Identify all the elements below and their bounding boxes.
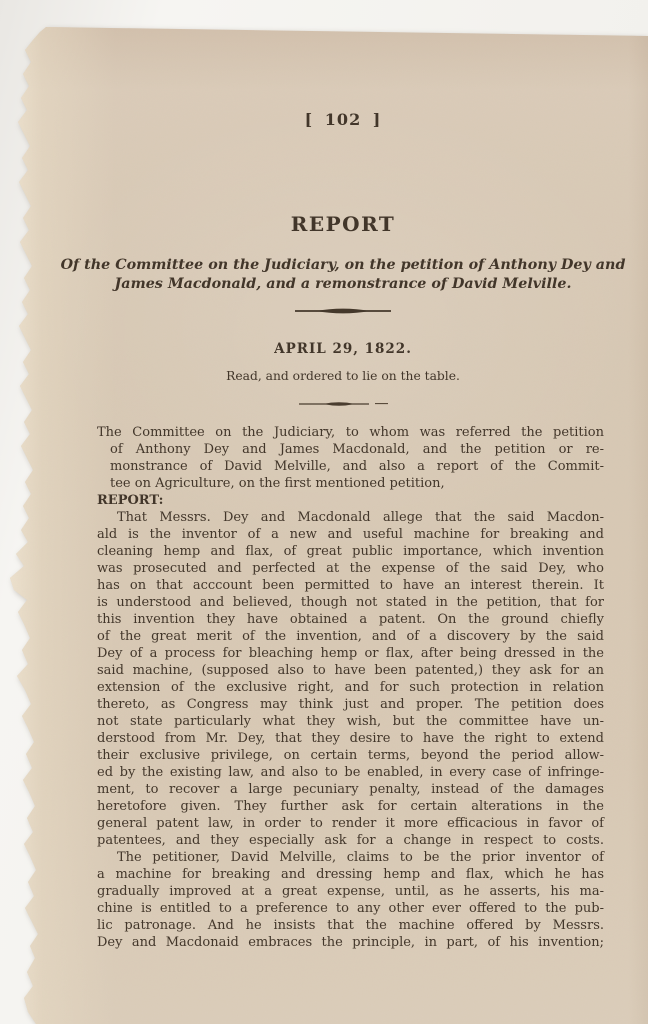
text-line: That Messrs. Dey and Macdonald allege th… (97, 509, 604, 526)
text-line: derstood from Mr. Dey, that they desire … (97, 730, 604, 747)
paper-sheet: [ 102 ] REPORT Of the Committee on the J… (0, 0, 648, 1024)
text-line: said machine, (supposed also to have bee… (97, 662, 604, 679)
text-line: extension of the exclusive right, and fo… (97, 679, 604, 696)
text-line: ment, to recover a large pecuniary penal… (97, 781, 604, 798)
order-line: Read, and ordered to lie on the table. (44, 369, 642, 383)
subtitle-line: James Macdonald, and a remonstrance of D… (44, 275, 642, 294)
text-line: Dey and Macdonaid embraces the principle… (97, 934, 604, 951)
text-line: Dey of a process for bleaching hemp or f… (97, 645, 604, 662)
text-line: monstrance of David Melville, and also a… (97, 458, 604, 475)
text-line: lic patronage. And he insists that the m… (97, 917, 604, 934)
text-line: The Committee on the Judiciary, to whom … (97, 424, 604, 441)
text-line: of Anthony Dey and James Macdonald, and … (97, 441, 604, 458)
text-line: of the great merit of the invention, and… (97, 628, 604, 645)
text-line: ed by the existing law, and also to be e… (97, 764, 604, 781)
text-line: has on that acccount been permitted to h… (97, 577, 604, 594)
text-line: gradually improved at a great expense, u… (97, 883, 604, 900)
text-line: was prosecuted and perfected at the expe… (97, 560, 604, 577)
document-subtitle: Of the Committee on the Judiciary, on th… (44, 256, 642, 293)
document-content: [ 102 ] REPORT Of the Committee on the J… (0, 0, 648, 1024)
text-line: their exclusive privilege, on certain te… (97, 747, 604, 764)
text-line: this invention they have obtained a pate… (97, 611, 604, 628)
text-line: The petitioner, David Melville, claims t… (97, 849, 604, 866)
text-line: a machine for breaking and dressing hemp… (97, 866, 604, 883)
text-line: chine is entitled to a preference to any… (97, 900, 604, 917)
text-line: tee on Agriculture, on the first mention… (97, 475, 604, 492)
subtitle-line: Of the Committee on the Judiciary, on th… (44, 256, 642, 275)
swelled-rule-divider-icon (44, 399, 642, 409)
text-line: patentees, and they especially ask for a… (97, 832, 604, 849)
date-line: APRIL 29, 1822. (44, 341, 642, 357)
document-title: REPORT (44, 212, 642, 236)
text-line: ald is the inventor of a new and useful … (97, 526, 604, 543)
page-number: [ 102 ] (44, 110, 642, 129)
text-line: cleaning hemp and flax, of great public … (97, 543, 604, 560)
report-label: REPORT: (97, 492, 604, 509)
paper-shadow: [ 102 ] REPORT Of the Committee on the J… (0, 0, 648, 1024)
text-line: heretofore given. They further ask for c… (97, 798, 604, 815)
body-text: The Committee on the Judiciary, to whom … (97, 424, 604, 951)
page-background: [ 102 ] REPORT Of the Committee on the J… (0, 0, 648, 1024)
text-line: general patent law, in order to render i… (97, 815, 604, 832)
text-line: is understood and believed, though not s… (97, 594, 604, 611)
text-line: not state particularly what they wish, b… (97, 713, 604, 730)
text-line: thereto, as Congress may think just and … (97, 696, 604, 713)
swelled-rule-divider-icon (44, 304, 642, 318)
